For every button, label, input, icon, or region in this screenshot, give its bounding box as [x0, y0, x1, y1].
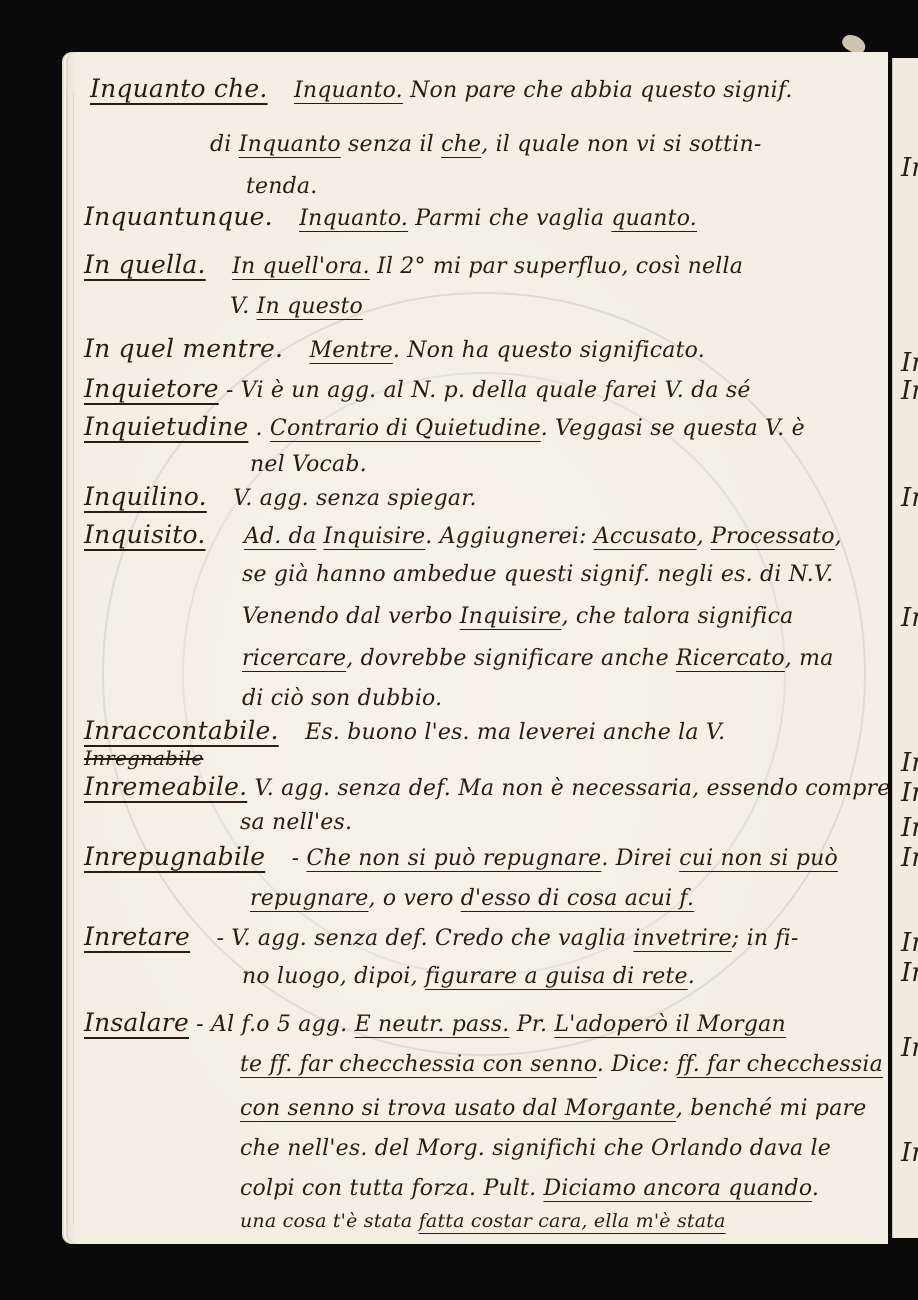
margin-headword-fragment: In: [901, 778, 918, 808]
margin-headword-fragment: In: [901, 843, 918, 873]
text-fragment: te ff. far checchessia con senno: [240, 1052, 597, 1077]
text-fragment: che nell'es. del Morg. significhi che Or…: [240, 1136, 831, 1161]
text-fragment: nel Vocab.: [250, 452, 367, 477]
text-fragment: , ma: [785, 646, 834, 671]
text-fragment: . Aggiugnerei:: [425, 524, 594, 549]
margin-headword-fragment: In: [901, 1033, 918, 1063]
entry-line: Inremeabile. V. agg. senza def. Ma non è…: [84, 772, 888, 801]
headword: Inremeabile.: [84, 772, 247, 801]
text-fragment: sa nell'es.: [240, 810, 352, 835]
text-fragment: quanto.: [611, 206, 697, 231]
text-fragment: Es. buono l'es. ma leverei anche la V.: [305, 720, 725, 745]
entry-line: Inquietudine . Contrario di Quietudine. …: [84, 412, 805, 441]
text-fragment: Ad. da: [244, 524, 316, 549]
text-fragment: con senno si trova usato dal Morgante: [240, 1096, 676, 1121]
text-fragment: fatta costar cara, ella m'è stata: [419, 1210, 726, 1232]
text-fragment: di ciò son dubbio.: [242, 686, 442, 711]
text-fragment: V. agg. senza spiegar.: [233, 486, 477, 511]
text-fragment: , dovrebbe significare anche: [346, 646, 676, 671]
manuscript-photo: In In In In In In In In In In In In In I…: [0, 0, 918, 1300]
text-fragment: Inquanto: [239, 132, 341, 157]
text-fragment: . Dice:: [597, 1052, 677, 1077]
headword: Inquietudine: [84, 412, 248, 441]
text-fragment: Pr.: [510, 1012, 555, 1037]
text-fragment: Inquanto.: [299, 206, 408, 231]
text-fragment: .: [812, 1176, 819, 1201]
facing-page-edge: In In In In In In In In In In In In In: [892, 58, 918, 1238]
text-fragment: senza il: [341, 132, 441, 157]
headword: Inquantunque.: [84, 202, 273, 231]
entry-line: Inretare - V. agg. senza def. Credo che …: [84, 922, 799, 951]
headword: In quel mentre.: [84, 334, 283, 363]
text-fragment: Processato: [711, 524, 835, 549]
text-fragment: Parmi che vaglia: [408, 206, 611, 231]
text-fragment: Accusato: [594, 524, 697, 549]
margin-headword-fragment: In: [901, 603, 918, 633]
text-fragment: tenda.: [246, 174, 317, 199]
text-fragment: Ricercato: [676, 646, 785, 671]
text-fragment: V.: [230, 294, 257, 319]
text-fragment: se già hanno ambedue questi signif. negl…: [242, 562, 833, 587]
entry-line: Inquisito. Ad. da Inquisire. Aggiugnerei…: [84, 520, 842, 549]
text-fragment: .: [256, 416, 270, 441]
margin-headword-fragment: In: [901, 483, 918, 513]
text-fragment: Venendo dal verbo: [242, 604, 460, 629]
entry-line: repugnare, o vero d'esso di cosa acui f.: [250, 886, 694, 911]
headword: Inraccontabile.: [84, 716, 279, 745]
text-fragment: ,: [697, 524, 711, 549]
entry-line: colpi con tutta forza. Pult. Diciamo anc…: [240, 1176, 819, 1201]
entry-line: no luogo, dipoi, figurare a guisa di ret…: [242, 964, 695, 989]
text-fragment: no luogo, dipoi,: [242, 964, 425, 989]
headword: Inquietore: [84, 374, 219, 403]
headword: In quella.: [84, 250, 206, 279]
text-fragment: , benché mi pare: [676, 1096, 867, 1121]
text-fragment: - Vi è un agg. al N. p. della quale fare…: [226, 378, 751, 403]
entry-line: Inraccontabile. Es. buono l'es. ma lever…: [84, 716, 725, 745]
text-fragment: Il 2° mi par superfluo, così nella: [370, 254, 743, 279]
entry-line: che nell'es. del Morg. significhi che Or…: [240, 1136, 831, 1161]
text-fragment: - V. agg. senza def. Credo che vaglia: [216, 926, 633, 951]
text-fragment: In quell'ora.: [232, 254, 370, 279]
headword: Inquanto che.: [90, 74, 268, 103]
text-fragment: , o vero: [369, 886, 461, 911]
text-fragment: Contrario di Quietudine: [270, 416, 541, 441]
headword: Inquisito.: [84, 520, 206, 549]
text-fragment: ,: [835, 524, 842, 549]
entry-line: con senno si trova usato dal Morgante, b…: [240, 1096, 866, 1121]
entry-line: V. In questo: [230, 294, 363, 319]
text-fragment: Inquisire: [323, 524, 425, 549]
text-fragment: ff. far checchessia: [677, 1052, 883, 1077]
text-fragment: L'adoperò il Morgan: [554, 1012, 785, 1037]
entry-line: di Inquanto senza il che, il quale non v…: [210, 132, 761, 157]
manuscript-page: Inquanto che. Inquanto. Non pare che abb…: [62, 52, 888, 1244]
text-fragment: -: [292, 846, 307, 871]
text-fragment: colpi con tutta forza. Pult.: [240, 1176, 543, 1201]
text-fragment: Che non si può repugnare: [306, 846, 601, 871]
text-fragment: In questo: [257, 294, 363, 319]
text-fragment: invetrire: [633, 926, 731, 951]
text-fragment: cui non si può: [679, 846, 838, 871]
entry-line: di ciò son dubbio.: [242, 686, 442, 711]
text-fragment: V. agg. senza def. Ma non è necessaria, …: [254, 776, 888, 801]
text-fragment: Diciamo ancora quando: [543, 1176, 811, 1201]
entry-line: Inquilino. V. agg. senza spiegar.: [84, 482, 477, 511]
headword: Insalare: [84, 1008, 189, 1037]
margin-headword-fragment: In: [901, 813, 918, 843]
entry-line: te ff. far checchessia con senno. Dice: …: [240, 1052, 883, 1077]
margin-headword-fragment: In: [901, 748, 918, 778]
margin-headword-fragment: In: [901, 376, 918, 406]
entry-line: Inquantunque. Inquanto. Parmi che vaglia…: [84, 202, 697, 231]
text-fragment: . Non ha questo significato.: [393, 338, 705, 363]
margin-headword-fragment: In: [901, 928, 918, 958]
entry-line: sa nell'es.: [240, 810, 352, 835]
margin-headword-fragment: In: [901, 1138, 918, 1168]
text-fragment: ; in fi-: [732, 926, 799, 951]
text-fragment: . Veggasi se questa V. è: [541, 416, 805, 441]
text-fragment: ricercare: [242, 646, 346, 671]
text-fragment: , il quale non vi si sottin-: [481, 132, 761, 157]
text-fragment: - Al f.o 5 agg.: [196, 1012, 354, 1037]
headword: Inretare: [84, 922, 190, 951]
text-fragment: figurare a guisa di rete: [425, 964, 688, 989]
entry-line: se già hanno ambedue questi signif. negl…: [242, 562, 833, 587]
entry-line: Insalare - Al f.o 5 agg. E neutr. pass. …: [84, 1008, 786, 1037]
text-fragment: di: [210, 132, 239, 157]
text-fragment: . Direi: [601, 846, 679, 871]
text-fragment: , che talora significa: [562, 604, 794, 629]
entry-line: Inquietore - Vi è un agg. al N. p. della…: [84, 374, 751, 403]
entry-line: Venendo dal verbo Inquisire, che talora …: [242, 604, 793, 629]
text-fragment: che: [441, 132, 481, 157]
text-fragment: Inquisire: [460, 604, 562, 629]
entry-line: Inquanto che. Inquanto. Non pare che abb…: [90, 74, 793, 103]
text-fragment: Mentre: [310, 338, 393, 363]
text-fragment: Inquanto.: [294, 78, 403, 103]
entry-line: In quella. In quell'ora. Il 2° mi par su…: [84, 250, 743, 279]
text-fragment: Non pare che abbia questo signif.: [403, 78, 793, 103]
entry-line: una cosa t'è stata fatta costar cara, el…: [240, 1210, 726, 1232]
headword: Inquilino.: [84, 482, 207, 511]
margin-headword-fragment: In: [901, 958, 918, 988]
entry-line: In quel mentre. Mentre. Non ha questo si…: [84, 334, 705, 363]
page-stack-edge: [66, 92, 74, 1224]
entry-line: nel Vocab.: [250, 452, 367, 477]
text-fragment: una cosa t'è stata: [240, 1210, 419, 1232]
entry-line-struck: Inregnabile: [84, 746, 203, 770]
text-fragment: d'esso di cosa acui f.: [461, 886, 694, 911]
text-fragment: .: [688, 964, 695, 989]
headword: Inrepugnabile: [84, 842, 265, 871]
struck-headword: Inregnabile: [84, 746, 203, 770]
text-fragment: repugnare: [250, 886, 369, 911]
margin-headword-fragment: In: [901, 153, 918, 183]
text-fragment: E neutr. pass.: [355, 1012, 510, 1037]
margin-headword-fragment: In: [901, 348, 918, 378]
entry-line: tenda.: [246, 174, 317, 199]
entry-line: ricercare, dovrebbe significare anche Ri…: [242, 646, 834, 671]
entry-line: Inrepugnabile - Che non si può repugnare…: [84, 842, 838, 871]
